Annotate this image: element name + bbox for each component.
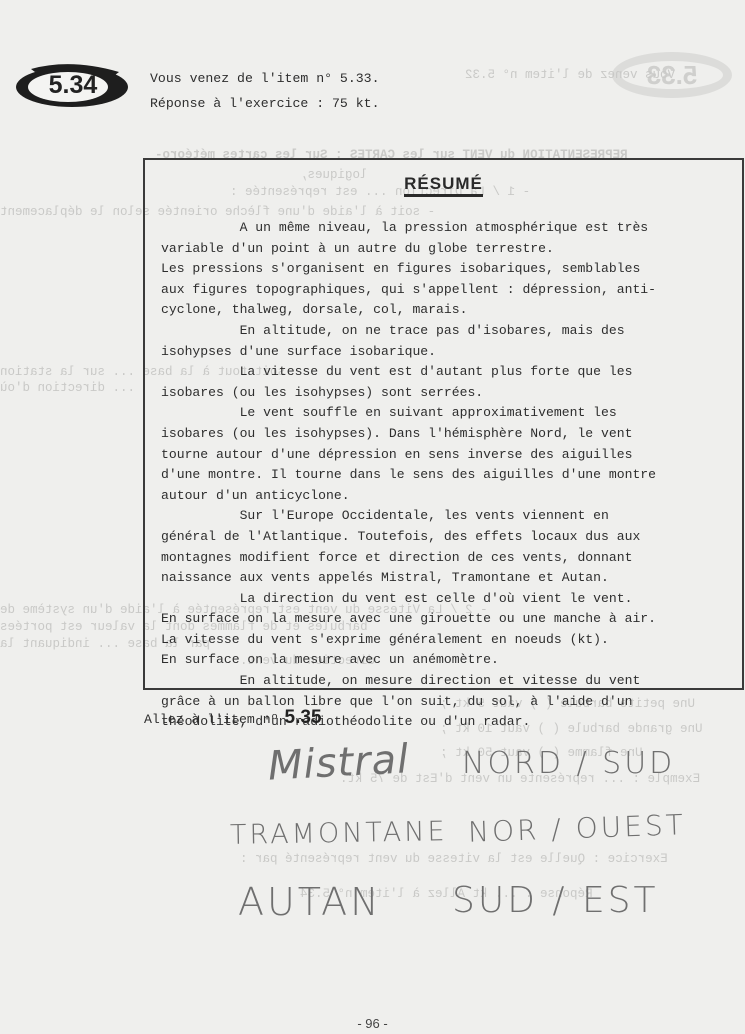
summary-line: aux figures topographiques, qui s'appell…: [161, 280, 741, 301]
summary-line: Sur l'Europe Occidentale, les vents vien…: [161, 506, 741, 527]
summary-line: En altitude, on ne trace pas d'isobares,…: [161, 321, 741, 342]
summary-line: Les pressions s'organisent en figures is…: [161, 259, 741, 280]
summary-title: RÉSUMÉ: [145, 174, 742, 194]
summary-line: isobares (ou les isohypses). Dans l'hémi…: [161, 424, 741, 445]
summary-line: général de l'Atlantique. Toutefois, des …: [161, 527, 741, 548]
summary-line: En altitude, on mesure direction et vite…: [161, 671, 741, 692]
summary-line: A un même niveau, la pression atmosphéri…: [161, 218, 741, 239]
summary-line: isohypses d'une surface isobarique.: [161, 342, 741, 363]
summary-line: La vitesse du vent est d'autant plus for…: [161, 362, 741, 383]
summary-line: autour d'un anticyclone.: [161, 486, 741, 507]
page-number: - 96 -: [0, 1016, 745, 1031]
handwritten-wind-direction: NORD / SUD: [462, 746, 675, 781]
handwritten-wind-direction: SUD / EST: [452, 880, 659, 921]
previous-item-text: Vous venez de l'item n° 5.33.: [150, 66, 380, 91]
summary-line: variable d'un point à un autre du globe …: [161, 239, 741, 260]
summary-line: tourne autour d'une dépression en sens i…: [161, 445, 741, 466]
header-info: Vous venez de l'item n° 5.33. Réponse à …: [150, 66, 380, 116]
summary-line: naissance aux vents appelés Mistral, Tra…: [161, 568, 741, 589]
summary-line: En surface on la mesure avec une girouet…: [161, 609, 741, 630]
summary-body: A un même niveau, la pression atmosphéri…: [161, 218, 741, 733]
summary-line: isobares (ou les isohypses) sont serrées…: [161, 383, 741, 404]
handwritten-wind-name: Mistral: [267, 736, 410, 789]
handwritten-wind-name: TRAMONTANE: [230, 816, 448, 851]
summary-line: En surface on la mesure avec un anémomèt…: [161, 650, 741, 671]
item-badge: 5.34: [11, 60, 133, 110]
ghost-item-badge: 5.33: [612, 52, 732, 98]
summary-box: RÉSUMÉ A un même niveau, la pression atm…: [143, 158, 744, 690]
summary-line: d'une montre. Il tourne dans le sens des…: [161, 465, 741, 486]
ghost-line: Exercice : Quelle est la vitesse du vent…: [240, 852, 668, 866]
item-number: 5.34: [11, 60, 133, 110]
ghost-line: ... direction d'où: [0, 381, 135, 395]
summary-line: montagnes modifient force et direction d…: [161, 548, 741, 569]
next-item-link[interactable]: Allez à l'item nº 5.35: [144, 707, 322, 729]
handwritten-wind-name: AUTAN: [238, 880, 382, 924]
summary-line: La vitesse du vent s'exprime généralemen…: [161, 630, 741, 651]
summary-line: Le vent souffle en suivant approximative…: [161, 403, 741, 424]
next-item-label: Allez à l'item nº: [144, 712, 279, 727]
handwritten-wind-direction: NOR / OUEST: [467, 808, 686, 849]
next-item-number[interactable]: 5.35: [285, 707, 322, 729]
summary-line: cyclone, thalweg, dorsale, col, marais.: [161, 300, 741, 321]
exercise-answer-text: Réponse à l'exercice : 75 kt.: [150, 91, 380, 116]
summary-line: La direction du vent est celle d'où vien…: [161, 589, 741, 610]
